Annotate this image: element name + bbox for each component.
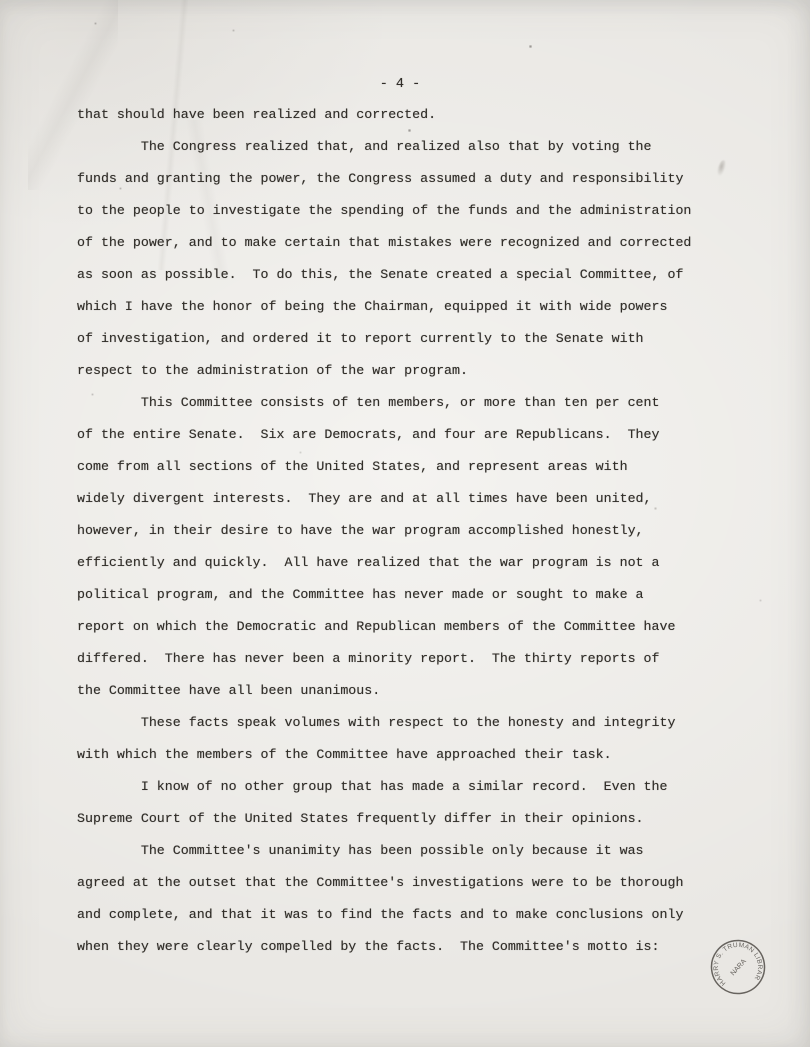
text-line: political program, and the Committee has…: [77, 579, 737, 611]
text-line: with which the members of the Committee …: [77, 739, 737, 771]
svg-text:HARRY S. TRUMAN LIBRARY: HARRY S. TRUMAN LIBRARY: [701, 930, 766, 989]
text-line: which I have the honor of being the Chai…: [77, 291, 737, 323]
text-line: report on which the Democratic and Repub…: [77, 611, 737, 643]
text-line: agreed at the outset that the Committee'…: [77, 867, 737, 899]
dust-specks: [0, 0, 1, 1]
text-line: widely divergent interests. They are and…: [77, 483, 737, 515]
document-body: that should have been realized and corre…: [77, 99, 737, 963]
scanned-document-page: - 4 - that should have been realized and…: [0, 0, 810, 1047]
stamp-center-text: NARA: [730, 958, 748, 977]
text-line: of investigation, and ordered it to repo…: [77, 323, 737, 355]
text-line: Supreme Court of the United States frequ…: [77, 803, 737, 835]
text-line: and complete, and that it was to find th…: [77, 899, 737, 931]
text-line: respect to the administration of the war…: [77, 355, 737, 387]
text-line: The Congress realized that, and realized…: [77, 131, 737, 163]
text-line: These facts speak volumes with respect t…: [77, 707, 737, 739]
text-line: I know of no other group that has made a…: [77, 771, 737, 803]
text-line: differed. There has never been a minorit…: [77, 643, 737, 675]
text-line: the Committee have all been unanimous.: [77, 675, 737, 707]
text-line: as soon as possible. To do this, the Sen…: [77, 259, 737, 291]
text-line: to the people to investigate the spendin…: [77, 195, 737, 227]
text-line: This Committee consists of ten members, …: [77, 387, 737, 419]
text-line: that should have been realized and corre…: [77, 99, 737, 131]
stamp-ring-text: HARRY S. TRUMAN LIBRARY: [701, 930, 766, 989]
page-number: - 4 -: [0, 77, 800, 92]
text-line: of the entire Senate. Six are Democrats,…: [77, 419, 737, 451]
text-line: when they were clearly compelled by the …: [77, 931, 737, 963]
text-line: of the power, and to make certain that m…: [77, 227, 737, 259]
text-line: efficiently and quickly. All have realiz…: [77, 547, 737, 579]
text-line: come from all sections of the United Sta…: [77, 451, 737, 483]
text-line: The Committee's unanimity has been possi…: [77, 835, 737, 867]
archive-stamp: HARRY S. TRUMAN LIBRARY NARA: [701, 930, 776, 1005]
text-line: funds and granting the power, the Congre…: [77, 163, 737, 195]
text-line: however, in their desire to have the war…: [77, 515, 737, 547]
